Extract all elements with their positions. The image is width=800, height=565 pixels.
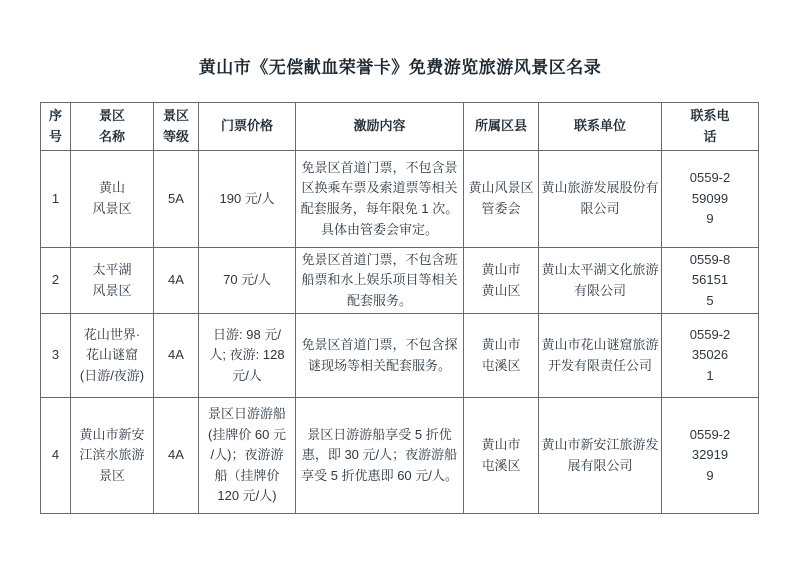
- cell-level: 5A: [154, 151, 199, 248]
- cell-level: 4A: [154, 248, 199, 314]
- header-incentive: 激励内容: [296, 103, 464, 151]
- cell-contact-unit: 黄山市花山谜窟旅游 开发有限责任公司: [539, 314, 662, 398]
- cell-district: 黄山市 屯溪区: [464, 314, 539, 398]
- cell-level: 4A: [154, 398, 199, 514]
- cell-ticket-price: 景区日游游船 (挂牌价 60 元 /人)；夜游游 船（挂牌价 120 元/人): [199, 398, 296, 514]
- table-row: 4 黄山市新安 江滨水旅游 景区 4A 景区日游游船 (挂牌价 60 元 /人)…: [41, 398, 759, 514]
- scenic-areas-table: 序 号 景区 名称 景区 等级 门票价格 激励内容 所属区县 联系单位 联系电 …: [40, 102, 759, 514]
- table-header-row: 序 号 景区 名称 景区 等级 门票价格 激励内容 所属区县 联系单位 联系电 …: [41, 103, 759, 151]
- cell-incentive: 景区日游游船享受 5 折优 惠，即 30 元/人；夜游游船 享受 5 折优惠即 …: [296, 398, 464, 514]
- cell-contact-unit: 黄山太平湖文化旅游 有限公司: [539, 248, 662, 314]
- cell-incentive: 免景区首道门票，不包含探 谜现场等相关配套服务。: [296, 314, 464, 398]
- cell-contact-unit: 黄山市新安江旅游发 展有限公司: [539, 398, 662, 514]
- table-row: 3 花山世界· 花山谜窟 (日游/夜游) 4A 日游: 98 元/ 人; 夜游:…: [41, 314, 759, 398]
- cell-scenic-name: 黄山市新安 江滨水旅游 景区: [71, 398, 154, 514]
- cell-district: 黄山市 黄山区: [464, 248, 539, 314]
- cell-phone: 0559-2 35026 1: [662, 314, 759, 398]
- header-level: 景区 等级: [154, 103, 199, 151]
- cell-incentive: 免景区首道门票，不包含景 区换乘车票及索道票等相关 配套服务，每年限免 1 次。…: [296, 151, 464, 248]
- cell-serial: 3: [41, 314, 71, 398]
- cell-phone: 0559-2 32919 9: [662, 398, 759, 514]
- cell-phone: 0559-2 59099 9: [662, 151, 759, 248]
- header-serial: 序 号: [41, 103, 71, 151]
- cell-scenic-name: 太平湖 风景区: [71, 248, 154, 314]
- cell-level: 4A: [154, 314, 199, 398]
- document-title: 黄山市《无偿献血荣誉卡》免费游览旅游风景区名录: [0, 53, 800, 78]
- cell-incentive: 免景区首道门票，不包含班 船票和水上娱乐项目等相关 配套服务。: [296, 248, 464, 314]
- cell-serial: 2: [41, 248, 71, 314]
- header-ticket-price: 门票价格: [199, 103, 296, 151]
- header-phone: 联系电 话: [662, 103, 759, 151]
- cell-ticket-price: 日游: 98 元/ 人; 夜游: 128 元/人: [199, 314, 296, 398]
- cell-ticket-price: 190 元/人: [199, 151, 296, 248]
- header-district: 所属区县: [464, 103, 539, 151]
- cell-serial: 4: [41, 398, 71, 514]
- cell-district: 黄山市 屯溪区: [464, 398, 539, 514]
- cell-serial: 1: [41, 151, 71, 248]
- cell-ticket-price: 70 元/人: [199, 248, 296, 314]
- cell-district: 黄山风景区 管委会: [464, 151, 539, 248]
- cell-scenic-name: 花山世界· 花山谜窟 (日游/夜游): [71, 314, 154, 398]
- header-scenic-name: 景区 名称: [71, 103, 154, 151]
- cell-phone: 0559-8 56151 5: [662, 248, 759, 314]
- cell-scenic-name: 黄山 风景区: [71, 151, 154, 248]
- table-row: 2 太平湖 风景区 4A 70 元/人 免景区首道门票，不包含班 船票和水上娱乐…: [41, 248, 759, 314]
- document-page: 黄山市《无偿献血荣誉卡》免费游览旅游风景区名录 序 号 景区 名称 景区 等级 …: [0, 0, 800, 565]
- table-row: 1 黄山 风景区 5A 190 元/人 免景区首道门票，不包含景 区换乘车票及索…: [41, 151, 759, 248]
- cell-contact-unit: 黄山旅游发展股份有 限公司: [539, 151, 662, 248]
- header-contact-unit: 联系单位: [539, 103, 662, 151]
